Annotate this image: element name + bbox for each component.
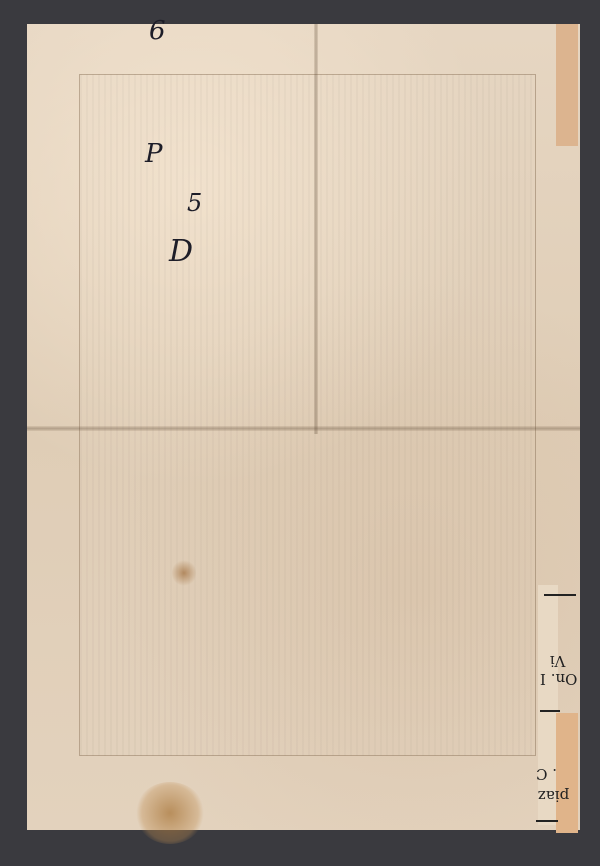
handwritten-mark-1: P bbox=[145, 139, 163, 169]
printed-plate-impression bbox=[79, 74, 536, 756]
newspaper-text: . C bbox=[536, 765, 557, 783]
newspaper-rule bbox=[536, 820, 558, 822]
newspaper-rule bbox=[540, 710, 560, 712]
brown-stain bbox=[135, 782, 205, 844]
handwritten-mark-2: 5 bbox=[187, 189, 202, 217]
handwritten-mark-3: D bbox=[169, 234, 193, 269]
tape-strip-top bbox=[556, 24, 578, 146]
newspaper-text: On. I bbox=[540, 670, 577, 688]
newspaper-text: Vi bbox=[550, 652, 565, 670]
vertical-fold-line bbox=[314, 24, 318, 434]
foxing-stain bbox=[172, 559, 196, 587]
document-paper: 6 P 5 D bbox=[27, 24, 580, 830]
tape-strip-bottom bbox=[556, 713, 578, 833]
newspaper-rule bbox=[544, 594, 576, 596]
newspaper-text: piaz bbox=[538, 787, 569, 805]
handwritten-mark-top: 6 bbox=[149, 16, 166, 46]
horizontal-fold-line bbox=[27, 426, 580, 431]
